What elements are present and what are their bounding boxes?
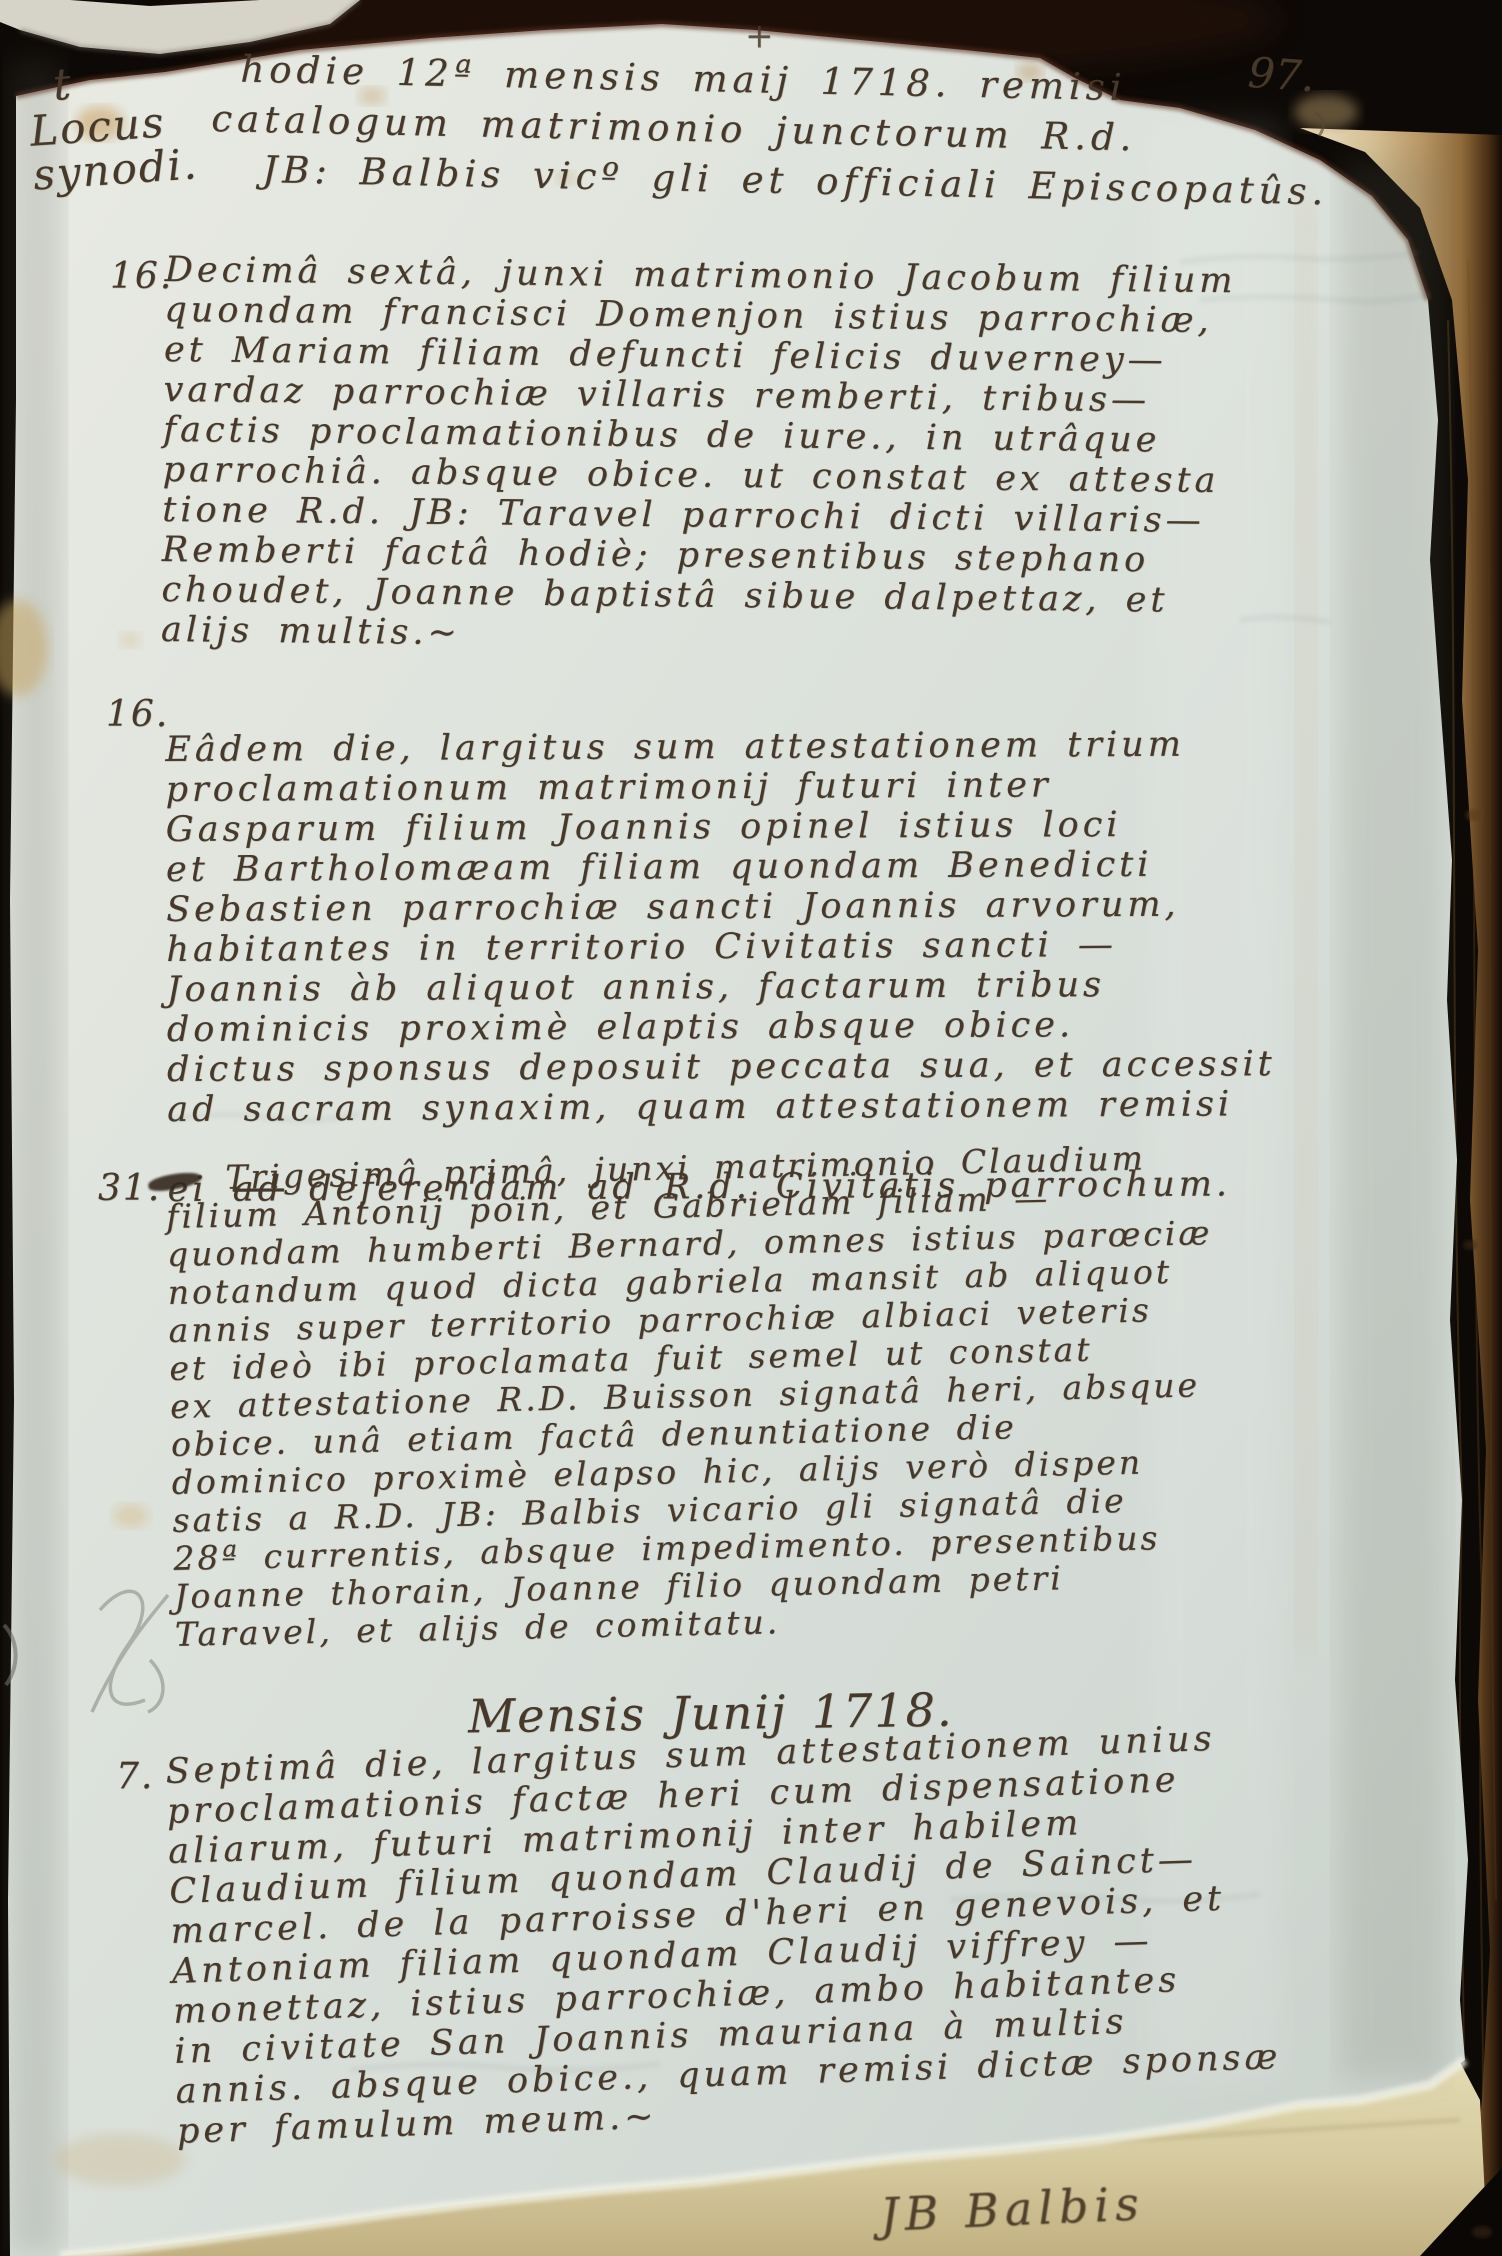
- stain: [119, 632, 141, 648]
- top-cross-mark: +: [745, 16, 774, 56]
- gutter-shadow: [8, 60, 63, 2256]
- intro-paragraph: hodie 12ª mensis maij 1718. remisi catal…: [210, 44, 1331, 217]
- entry-day-number: 16.: [106, 694, 169, 735]
- stain: [55, 2134, 185, 2186]
- manuscript-photo: + 97. t Locus synodi. hodie 12ª mensis m…: [0, 0, 1502, 2256]
- entry-day-number: 7.: [116, 1756, 154, 1797]
- entry-text: Septimâ die, largitus sum attestationem …: [165, 1710, 1502, 2152]
- stain: [113, 1504, 149, 1528]
- edge-ink-mark: [1472, 2226, 1492, 2238]
- entry-text: Trigesimâ primâ, junxi matrimonio Claudi…: [165, 1132, 1502, 1654]
- entry-text: Decimâ sextâ, junxi matrimonio Jacobum f…: [161, 250, 1502, 664]
- bleed-through-signature: JB Balbis: [879, 2176, 1146, 2241]
- margin-note: t Locus synodi.: [26, 54, 200, 197]
- margin-note-line2: synodi.: [32, 142, 200, 197]
- entry-text-lines: Eâdem die, largitus sum attestationem tr…: [165, 723, 1502, 1130]
